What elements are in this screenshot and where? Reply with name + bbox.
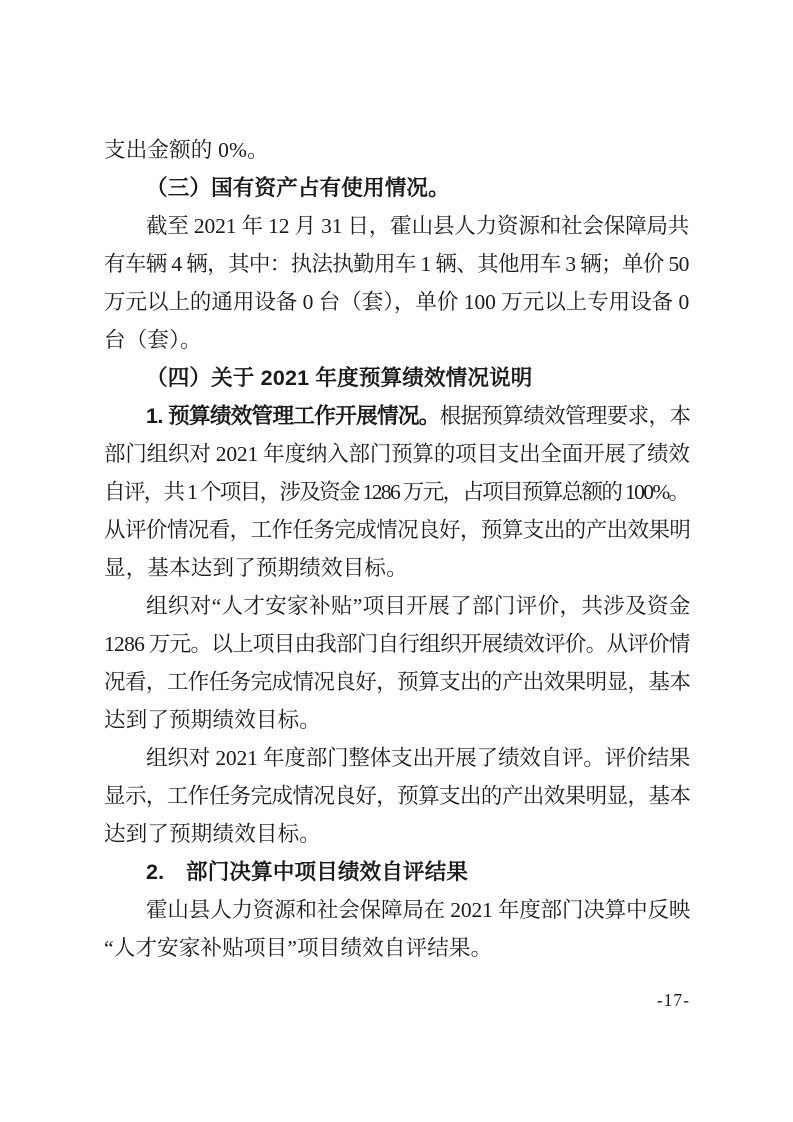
text-segment: 况看，工作任务完成情况良好，预算支出的产出效果明显，基本 — [104, 670, 690, 694]
line-text: “人才安家补贴项目”项目绩效自评结果。 — [104, 929, 492, 967]
text-segment: 显示，工作任务完成情况良好，预算支出的产出效果明显，基本 — [104, 784, 690, 808]
line-text: 况看，工作任务完成情况良好，预算支出的产出效果明显，基本 — [104, 663, 690, 701]
text-segment: 有车辆 4 辆，其中：执法执勤用车 1 辆、其他用车 3 辆；单价 50 — [104, 252, 689, 276]
section-heading-4: （四）关于 2021 年度预算绩效情况说明 — [104, 359, 696, 397]
text-line: 达到了预期绩效目标。 — [104, 701, 696, 739]
line-text: 万元以上的通用设备 0 台（套），单价 100 万元以上专用设备 0 — [104, 283, 689, 321]
text-segment: 组织对“人才安家补贴”项目开展了部门评价，共涉及资金 — [146, 594, 691, 618]
line-text: 组织对 2021 年度部门整体支出开展了绩效自评。评价结果 — [146, 739, 690, 777]
document-body: 支出金额的 0%。（三）国有资产占有使用情况。截至 2021 年 12 月 31… — [104, 131, 696, 967]
document-page: 支出金额的 0%。（三）国有资产占有使用情况。截至 2021 年 12 月 31… — [0, 0, 793, 1122]
text-line: 达到了预期绩效目标。 — [104, 815, 696, 853]
text-segment: 1286 万元。以上项目由我部门自行组织开展绩效评价。从评价情 — [104, 632, 690, 656]
bold-text-segment: （四）关于 2021 年度预算绩效情况说明 — [146, 366, 532, 390]
text-segment: 从评价情况看，工作任务完成情况良好，预算支出的产出效果明 — [104, 518, 690, 542]
text-line: 台（套）。 — [104, 321, 696, 359]
page-number: -17- — [104, 990, 690, 1010]
line-text: 支出金额的 0%。 — [104, 131, 269, 169]
line-text: （四）关于 2021 年度预算绩效情况说明 — [146, 359, 532, 397]
line-text: 显，基本达到了预期绩效目标。 — [104, 549, 408, 587]
text-line: 组织对 2021 年度部门整体支出开展了绩效自评。评价结果 — [104, 739, 696, 777]
bold-text-segment: 2. 部门决算中项目绩效自评结果 — [146, 860, 468, 884]
text-line: 有车辆 4 辆，其中：执法执勤用车 1 辆、其他用车 3 辆；单价 50 — [104, 245, 696, 283]
line-text: 部门组织对 2021 年度纳入部门预算的项目支出全面开展了绩效 — [104, 435, 690, 473]
text-segment: 自评，共 1 个项目，涉及资金 1286 万元，占项目预算总额的 100%。 — [104, 480, 688, 504]
line-text: 组织对“人才安家补贴”项目开展了部门评价，共涉及资金 — [146, 587, 691, 625]
text-line: 1. 预算绩效管理工作开展情况。根据预算绩效管理要求，本 — [104, 397, 696, 435]
text-line: 万元以上的通用设备 0 台（套），单价 100 万元以上专用设备 0 — [104, 283, 696, 321]
text-line: 部门组织对 2021 年度纳入部门预算的项目支出全面开展了绩效 — [104, 435, 696, 473]
text-segment: 达到了预期绩效目标。 — [104, 708, 321, 732]
line-text: 达到了预期绩效目标。 — [104, 701, 321, 739]
text-segment: 支出金额的 0%。 — [104, 138, 269, 162]
section-heading-3: （三）国有资产占有使用情况。 — [104, 169, 696, 207]
bold-text-segment: 1. 预算绩效管理工作开展情况。 — [146, 404, 440, 428]
text-segment: 万元以上的通用设备 0 台（套），单价 100 万元以上专用设备 0 — [104, 290, 689, 314]
text-segment: 根据预算绩效管理要求，本 — [440, 404, 691, 428]
text-line: 自评，共 1 个项目，涉及资金 1286 万元，占项目预算总额的 100%。 — [104, 473, 696, 511]
line-text: 达到了预期绩效目标。 — [104, 815, 321, 853]
text-segment: 达到了预期绩效目标。 — [104, 822, 321, 846]
text-line: 截至 2021 年 12 月 31 日，霍山县人力资源和社会保障局共 — [104, 207, 696, 245]
text-line: 显示，工作任务完成情况良好，预算支出的产出效果明显，基本 — [104, 777, 696, 815]
text-line: 组织对“人才安家补贴”项目开展了部门评价，共涉及资金 — [104, 587, 696, 625]
text-segment: 组织对 2021 年度部门整体支出开展了绩效自评。评价结果 — [146, 746, 690, 770]
text-segment: “人才安家补贴项目”项目绩效自评结果。 — [104, 936, 492, 960]
text-line: 显，基本达到了预期绩效目标。 — [104, 549, 696, 587]
text-segment: 截至 2021 年 12 月 31 日，霍山县人力资源和社会保障局共 — [146, 214, 689, 238]
line-text: 显示，工作任务完成情况良好，预算支出的产出效果明显，基本 — [104, 777, 690, 815]
para-continuation-line: 支出金额的 0%。 — [104, 131, 696, 169]
text-line: “人才安家补贴项目”项目绩效自评结果。 — [104, 929, 696, 967]
text-segment: 台（套）。 — [104, 328, 202, 352]
line-text: 霍山县人力资源和社会保障局在 2021 年度部门决算中反映 — [146, 891, 690, 929]
line-text: 1. 预算绩效管理工作开展情况。根据预算绩效管理要求，本 — [146, 397, 690, 435]
section-heading-2-numbered: 2. 部门决算中项目绩效自评结果 — [104, 853, 696, 891]
line-text: （三）国有资产占有使用情况。 — [146, 169, 450, 207]
bold-text-segment: （三）国有资产占有使用情况。 — [146, 176, 450, 200]
line-text: 截至 2021 年 12 月 31 日，霍山县人力资源和社会保障局共 — [146, 207, 689, 245]
line-text: 1286 万元。以上项目由我部门自行组织开展绩效评价。从评价情 — [104, 625, 690, 663]
text-segment: 霍山县人力资源和社会保障局在 2021 年度部门决算中反映 — [146, 898, 690, 922]
line-text: 自评，共 1 个项目，涉及资金 1286 万元，占项目预算总额的 100%。 — [104, 473, 688, 511]
text-segment: 部门组织对 2021 年度纳入部门预算的项目支出全面开展了绩效 — [104, 442, 690, 466]
line-text: 台（套）。 — [104, 321, 202, 359]
line-text: 有车辆 4 辆，其中：执法执勤用车 1 辆、其他用车 3 辆；单价 50 — [104, 245, 689, 283]
text-line: 从评价情况看，工作任务完成情况良好，预算支出的产出效果明 — [104, 511, 696, 549]
text-line: 霍山县人力资源和社会保障局在 2021 年度部门决算中反映 — [104, 891, 696, 929]
line-text: 2. 部门决算中项目绩效自评结果 — [146, 853, 468, 891]
text-line: 1286 万元。以上项目由我部门自行组织开展绩效评价。从评价情 — [104, 625, 696, 663]
text-line: 况看，工作任务完成情况良好，预算支出的产出效果明显，基本 — [104, 663, 696, 701]
line-text: 从评价情况看，工作任务完成情况良好，预算支出的产出效果明 — [104, 511, 690, 549]
text-segment: 显，基本达到了预期绩效目标。 — [104, 556, 408, 580]
